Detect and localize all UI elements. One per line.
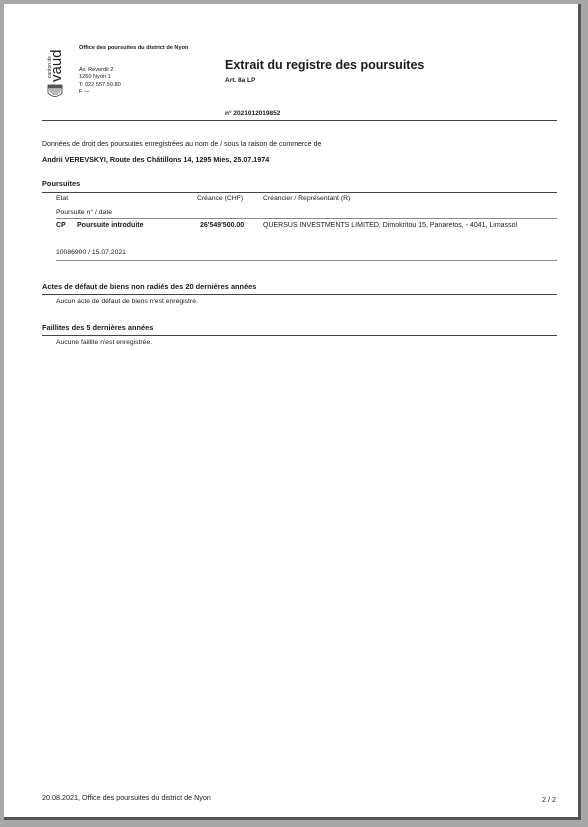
row-creditor: QUERSUS INVESTMENTS LIMITED, Dimokritou … xyxy=(263,222,517,229)
section-heading-poursuites: Poursuites xyxy=(42,179,80,188)
section-heading-actes: Actes de défaut de biens non radiés des … xyxy=(42,282,256,291)
divider xyxy=(42,192,557,193)
column-header-creance: Créance (CHF) xyxy=(197,195,243,202)
column-header-etat: Etat xyxy=(56,195,68,202)
divider xyxy=(42,335,557,336)
office-name: Office des poursuites du district de Nyo… xyxy=(79,45,189,52)
address-line: T: 022 557.50.80 xyxy=(79,82,121,89)
page-number: 2 / 2 xyxy=(542,795,556,804)
reference-number: n° 2021012019852 xyxy=(225,110,280,117)
actes-note: Aucun acte de défaut de biens n'est enre… xyxy=(56,298,198,305)
divider xyxy=(42,120,557,121)
divider xyxy=(42,294,557,295)
row-number-date: 10086900 / 15.07.2021 xyxy=(56,249,126,256)
office-address: Av. Reverdil 2 1260 Nyon 1 T: 022 557.50… xyxy=(79,67,121,96)
faillites-note: Aucune faillite n'est enregistrée. xyxy=(56,339,152,346)
subject-identity: Andrii VEREVSKYI, Route des Châtillons 1… xyxy=(42,155,269,164)
section-heading-faillites: Faillites des 5 dernières années xyxy=(42,323,153,332)
address-line: Av. Reverdil 2 xyxy=(79,67,121,74)
column-header-creancier: Créancier / Représentant (R) xyxy=(263,195,350,202)
row-status-code: CP xyxy=(56,222,66,229)
divider xyxy=(56,218,557,219)
canton-vaud-logo-icon: vaud canton de xyxy=(44,42,66,100)
svg-text:canton de: canton de xyxy=(47,56,53,78)
address-line: F — xyxy=(79,89,121,96)
canton-vaud-logo: vaud canton de xyxy=(44,42,66,100)
row-amount: 26'549'500.00 xyxy=(200,222,244,229)
row-status: Poursuite introduite xyxy=(77,222,144,229)
document-subtitle: Art. 8a LP xyxy=(225,77,255,84)
document-page: vaud canton de Office des poursuites du … xyxy=(4,4,581,820)
address-line: 1260 Nyon 1 xyxy=(79,74,121,81)
footer-date-office: 20.08.2021, Office des poursuites du dis… xyxy=(42,793,211,802)
column-header-poursuite-no-date: Poursuite n° / date xyxy=(56,209,112,216)
document-title: Extrait du registre des poursuites xyxy=(225,58,424,72)
divider xyxy=(56,260,557,261)
intro-text: Données de droit des poursuites enregist… xyxy=(42,141,321,148)
